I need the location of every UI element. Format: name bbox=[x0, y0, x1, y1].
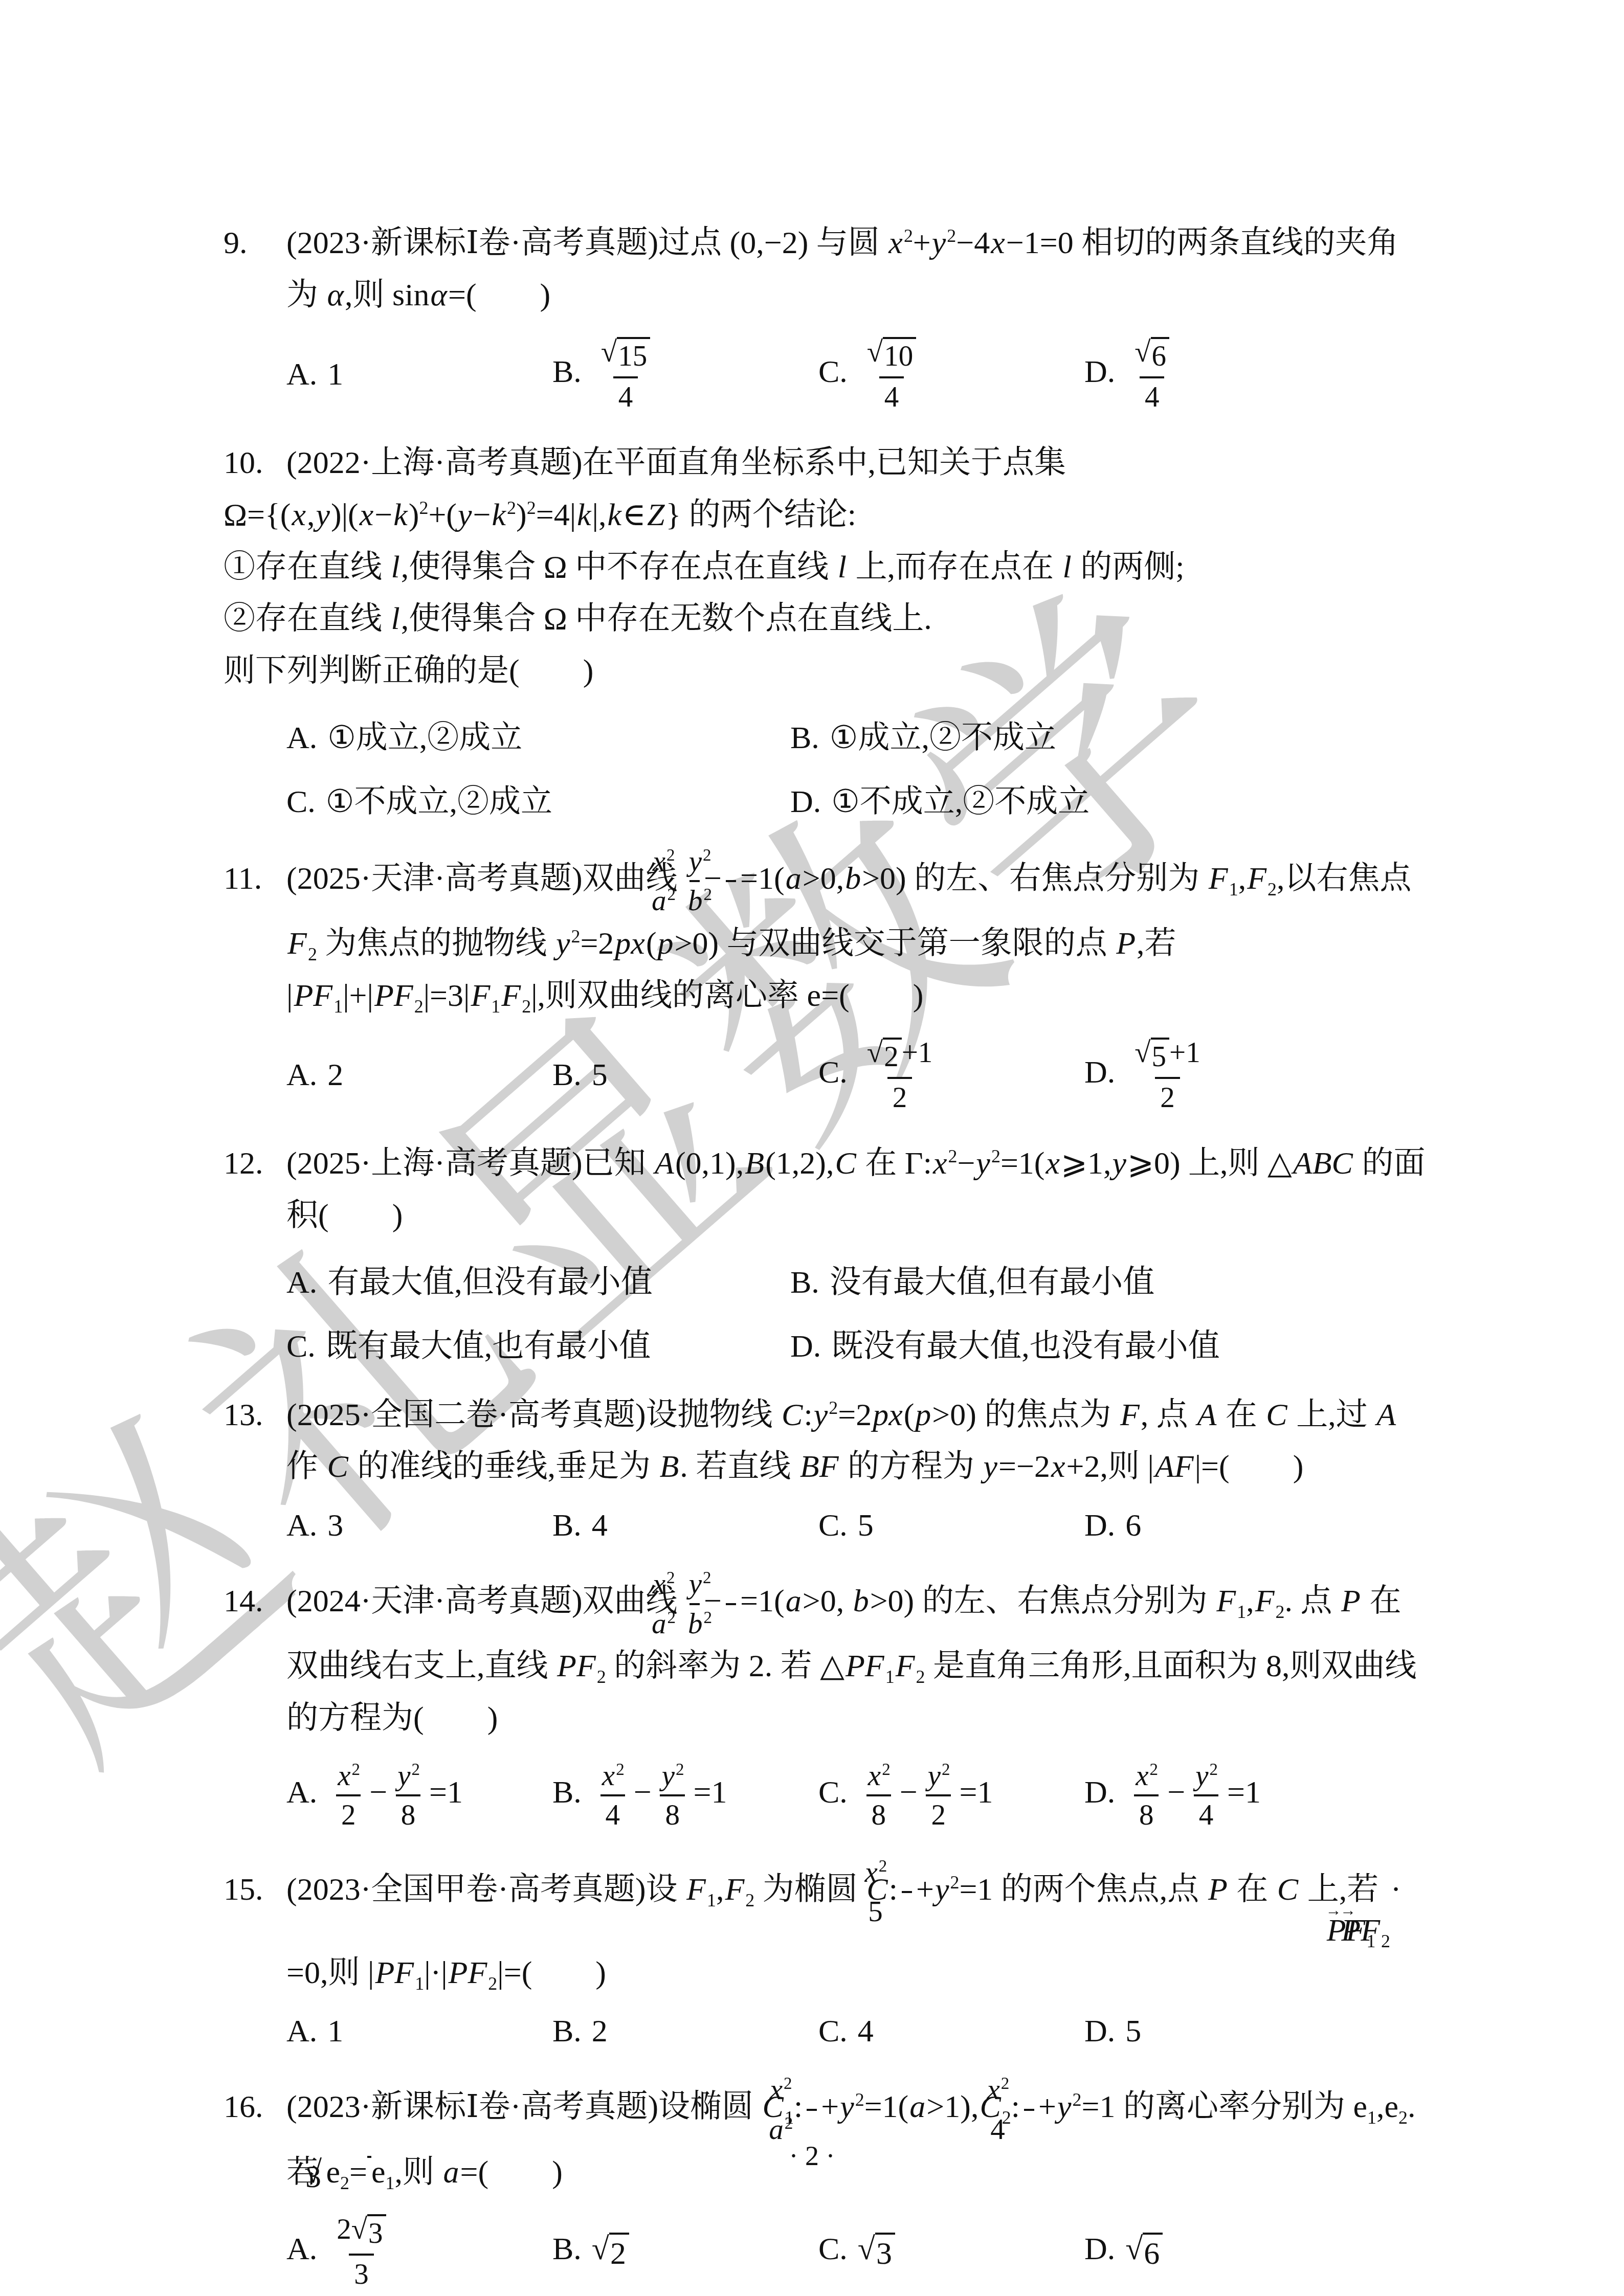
radicand: 10 bbox=[883, 337, 916, 374]
math-variable: y bbox=[457, 498, 473, 532]
math-variable: y bbox=[931, 226, 947, 260]
math-variable: F bbox=[685, 1872, 707, 1907]
math-subscript: 1 bbox=[1229, 879, 1238, 899]
question-number: 9. bbox=[224, 217, 286, 269]
fraction-numerator: x2 bbox=[596, 1759, 630, 1795]
option-label: C. bbox=[818, 1775, 848, 1810]
question-line: 13.(2025·全国二卷·高考真题)设抛物线 C:y2=2px(p>0) 的焦… bbox=[224, 1389, 1430, 1493]
option-content: √104 bbox=[858, 354, 925, 389]
option-content: 5 bbox=[858, 1508, 874, 1543]
math-fraction: x25 bbox=[902, 1856, 912, 1929]
math-superscript: 2 bbox=[1072, 2090, 1081, 2110]
math-subscript: 1 bbox=[386, 2173, 395, 2193]
math-fraction: √5+12 bbox=[1129, 1036, 1206, 1114]
fraction-denominator: 4 bbox=[600, 1794, 626, 1832]
math-variable: k bbox=[576, 498, 592, 532]
option-label: B. bbox=[552, 2232, 582, 2266]
fraction-denominator: b2 bbox=[726, 1603, 736, 1641]
option-D: D.√64 bbox=[1084, 335, 1430, 414]
math-superscript: 2 bbox=[879, 1857, 887, 1876]
math-subscript: 1 bbox=[491, 996, 500, 1017]
option-content: ①不成立,②不成立 bbox=[831, 784, 1089, 819]
question-line: 16.(2023·新课标Ⅰ卷·高考真题)设椭圆 C1:x2a2+y2=1(a>1… bbox=[224, 2073, 1430, 2198]
math-superscript: 2 bbox=[1150, 1761, 1159, 1779]
math-superscript: 2 bbox=[947, 226, 956, 246]
math-variable: A bbox=[1196, 1398, 1217, 1432]
fraction-denominator: 2 bbox=[336, 1794, 361, 1832]
radical-sign: √ bbox=[592, 2233, 609, 2266]
math-superscript: 2 bbox=[507, 498, 516, 518]
math-variable: F bbox=[1246, 861, 1267, 896]
math-superscript: 2 bbox=[616, 1761, 625, 1779]
math-superscript: 2 bbox=[704, 1609, 713, 1627]
math-sqrt: √3 bbox=[351, 2214, 386, 2251]
option-label: D. bbox=[1084, 2014, 1115, 2049]
math-variable: x bbox=[769, 2074, 784, 2106]
math-variable: C bbox=[1276, 1872, 1299, 1907]
fraction-numerator: x2 bbox=[862, 1759, 896, 1795]
math-variable: BF bbox=[799, 1449, 840, 1484]
math-variable: PF bbox=[556, 1649, 597, 1683]
fraction-denominator: 8 bbox=[866, 1794, 892, 1832]
question-line: ①存在直线 l,使得集合 Ω 中不存在点在直线 l 上,而存在点在 l 的两侧; bbox=[224, 542, 1430, 594]
option-content: ①不成立,②成立 bbox=[326, 784, 552, 819]
question-12: 12.(2025·上海·高考真题)已知 A(0,1),B(1,2),C 在 Γ:… bbox=[224, 1138, 1430, 1365]
math-subscript: 1 bbox=[1237, 1602, 1246, 1622]
math-variable: x bbox=[601, 1760, 616, 1792]
math-superscript: 2 bbox=[352, 1761, 361, 1779]
option-label: B. bbox=[552, 1057, 582, 1092]
math-variable: y bbox=[661, 1760, 676, 1792]
math-variable: PF bbox=[293, 978, 333, 1013]
option-A: A.1 bbox=[286, 356, 552, 393]
question-line: 12.(2025·上海·高考真题)已知 A(0,1),B(1,2),C 在 Γ:… bbox=[224, 1138, 1430, 1242]
option-D: D.5 bbox=[1084, 2013, 1430, 2050]
fraction-numerator: √2+1 bbox=[862, 1036, 938, 1076]
option-content: 1 bbox=[327, 2014, 343, 2049]
math-variable: px bbox=[614, 926, 646, 961]
math-superscript: 2 bbox=[784, 2075, 792, 2093]
math-fraction: y2b2 bbox=[726, 845, 736, 918]
option-content: 2 bbox=[327, 1057, 343, 1092]
math-superscript: 2 bbox=[991, 1146, 1000, 1167]
math-superscript: 2 bbox=[855, 2090, 864, 2110]
fraction-numerator: y2 bbox=[656, 1759, 689, 1795]
math-fraction: x22 bbox=[331, 1759, 365, 1832]
question-number: 14. bbox=[224, 1575, 286, 1628]
math-fraction: x28 bbox=[1129, 1759, 1163, 1832]
question-line: Ω={(x,y)|(x−k)2+(y−k2)2=4|k|,k∈Z} 的两个结论: bbox=[224, 489, 1430, 542]
math-superscript: 2 bbox=[668, 886, 676, 904]
option-content: 5 bbox=[1125, 2014, 1141, 2049]
option-C: C.4 bbox=[818, 2013, 1084, 2050]
math-variable: px bbox=[872, 1398, 904, 1432]
option-content: x22−y28=1 bbox=[327, 1775, 463, 1810]
question-number: 10. bbox=[224, 437, 286, 489]
options-row: A.x22−y28=1B.x24−y28=1C.x28−y22=1D.x28−y… bbox=[286, 1759, 1430, 1832]
math-superscript: 2 bbox=[419, 498, 428, 518]
option-D: D.√5+12 bbox=[1084, 1036, 1430, 1114]
option-A: A.x22−y28=1 bbox=[286, 1759, 552, 1832]
math-variable: PF bbox=[448, 1955, 488, 1990]
fraction-denominator: 8 bbox=[396, 1794, 421, 1832]
math-variable: k bbox=[607, 498, 623, 532]
math-subscript: 2 bbox=[1398, 2108, 1408, 2128]
question-11: 11.(2025·天津·高考真题)双曲线 x2a2−y2b2=1(a>0,b>0… bbox=[224, 845, 1430, 1115]
math-variable: x bbox=[1045, 1146, 1061, 1181]
option-label: B. bbox=[552, 354, 582, 389]
math-sqrt: √2 bbox=[592, 2233, 629, 2272]
math-variable: p bbox=[914, 1398, 932, 1432]
option-label: D. bbox=[1084, 1775, 1115, 1810]
option-C: C.√3 bbox=[818, 2231, 1084, 2272]
fraction-denominator: 2 bbox=[887, 1077, 913, 1115]
math-subscript: 1 bbox=[333, 996, 343, 1017]
math-superscript: 2 bbox=[571, 926, 580, 947]
math-variable: α bbox=[429, 278, 448, 312]
math-variable: x bbox=[863, 1856, 878, 1888]
fraction-numerator: y2 bbox=[391, 1759, 425, 1795]
math-variable: y bbox=[1111, 1146, 1127, 1181]
math-variable: B bbox=[744, 1146, 765, 1181]
option-label: C. bbox=[286, 1329, 316, 1364]
math-subscript: 2 bbox=[745, 1890, 754, 1910]
fraction-numerator: 2√3 bbox=[331, 2213, 391, 2253]
fraction-numerator: x2 bbox=[1024, 2073, 1034, 2109]
math-variable: C bbox=[834, 1146, 857, 1181]
math-subscript: 2 bbox=[1381, 1931, 1390, 1951]
math-subscript: 2 bbox=[1267, 879, 1277, 899]
math-fraction: y2b2 bbox=[726, 1567, 736, 1640]
math-sqrt: √3 bbox=[858, 2233, 895, 2272]
math-variable: F bbox=[1215, 1584, 1237, 1618]
option-label: C. bbox=[818, 354, 848, 389]
option-label: D. bbox=[790, 1329, 821, 1364]
option-label: D. bbox=[1084, 2232, 1115, 2266]
math-variable: k bbox=[392, 498, 409, 532]
option-label: B. bbox=[552, 1508, 582, 1543]
option-content: 既没有最大值,也没有最小值 bbox=[831, 1329, 1220, 1364]
option-C: C.√2+12 bbox=[818, 1036, 1084, 1114]
math-variable: l bbox=[390, 550, 401, 584]
fraction-denominator: 4 bbox=[1194, 1794, 1219, 1832]
math-variable: AF bbox=[1154, 1449, 1195, 1484]
option-label: A. bbox=[286, 1775, 317, 1810]
option-B: B.①成立,②不成立 bbox=[790, 712, 1430, 757]
math-fraction: √104 bbox=[862, 335, 921, 414]
option-D: D.x28−y24=1 bbox=[1084, 1759, 1430, 1832]
question-line: 14.(2024·天津·高考真题)双曲线 x2a2−y2b2=1(a>0, b>… bbox=[224, 1567, 1430, 1745]
math-sqrt: √2 bbox=[867, 1038, 902, 1074]
math-sqrt: √10 bbox=[867, 337, 916, 374]
math-variable: x bbox=[986, 2074, 1001, 2106]
math-superscript: 2 bbox=[829, 1398, 838, 1418]
option-label: B. bbox=[552, 1775, 582, 1810]
option-content: x28−y24=1 bbox=[1125, 1775, 1261, 1810]
fraction-numerator: y2 bbox=[1189, 1759, 1223, 1795]
option-content: 有最大值,但没有最小值 bbox=[327, 1265, 653, 1300]
question-line: 则下列判断正确的是( ) bbox=[224, 645, 1430, 697]
radicand: 6 bbox=[1143, 2233, 1163, 2272]
math-sqrt: √6 bbox=[1125, 2233, 1163, 2272]
radicand: 2 bbox=[609, 2233, 629, 2272]
option-B: B.√154 bbox=[552, 335, 818, 414]
option-label: D. bbox=[1084, 1055, 1115, 1090]
math-variable: x bbox=[932, 1146, 948, 1181]
fraction-denominator: 8 bbox=[1134, 1794, 1159, 1832]
math-variable: y bbox=[839, 2089, 855, 2124]
math-variable: x bbox=[359, 498, 375, 532]
option-label: A. bbox=[286, 2232, 317, 2266]
question-number: 12. bbox=[224, 1138, 286, 1190]
option-content: 4 bbox=[592, 1508, 608, 1543]
option-content: 2√33 bbox=[327, 2232, 395, 2266]
option-B: B.没有最大值,但有最小值 bbox=[790, 1256, 1430, 1302]
radical-sign: √ bbox=[867, 1038, 883, 1068]
math-variable: F bbox=[724, 1872, 745, 1907]
math-variable: a bbox=[651, 885, 668, 917]
math-variable: y bbox=[555, 926, 571, 961]
option-A: A.2 bbox=[286, 1057, 552, 1093]
question-line: 10.(2022·上海·高考真题)在平面直角坐标系中,已知关于点集 bbox=[224, 437, 1430, 489]
math-variable: C bbox=[326, 1449, 349, 1484]
radical-sign: √ bbox=[351, 2214, 367, 2245]
math-variable: a bbox=[651, 1608, 668, 1640]
math-fraction: x24 bbox=[1024, 2073, 1034, 2146]
math-superscript: 2 bbox=[676, 1761, 684, 1779]
option-label: A. bbox=[286, 357, 317, 392]
math-variable: y bbox=[983, 1449, 999, 1484]
math-variable: C bbox=[781, 1398, 804, 1432]
math-subscript: 1 bbox=[707, 1890, 716, 1910]
math-fraction: y28 bbox=[391, 1759, 425, 1832]
math-subscript: 2 bbox=[414, 996, 424, 1017]
question-number: 11. bbox=[224, 853, 286, 905]
math-fraction: x28 bbox=[862, 1759, 896, 1832]
math-superscript: 2 bbox=[1001, 2075, 1010, 2093]
math-variable: a bbox=[908, 2089, 926, 2124]
math-variable: a bbox=[785, 861, 803, 896]
option-label: A. bbox=[286, 1265, 317, 1300]
option-A: A.2√33 bbox=[286, 2213, 552, 2291]
math-superscript: 2 bbox=[942, 1761, 950, 1779]
math-subscript: 1 bbox=[885, 1667, 895, 1687]
math-variable: Z bbox=[646, 498, 665, 532]
question-14: 14.(2024·天津·高考真题)双曲线 x2a2−y2b2=1(a>0, b>… bbox=[224, 1567, 1430, 1832]
question-line: ②存在直线 l,使得集合 Ω 中存在无数个点在直线上. bbox=[224, 593, 1430, 645]
radical-sign: √ bbox=[867, 337, 883, 368]
fraction-numerator: x2 bbox=[902, 1856, 912, 1892]
radicand: 6 bbox=[1151, 337, 1170, 374]
math-superscript: 2 bbox=[703, 846, 711, 865]
option-content: 没有最大值,但有最小值 bbox=[830, 1265, 1155, 1300]
question-number: 15. bbox=[224, 1864, 286, 1916]
math-superscript: 2 bbox=[411, 1761, 420, 1779]
question-line: 11.(2025·天津·高考真题)双曲线 x2a2−y2b2=1(a>0,b>0… bbox=[224, 845, 1430, 1022]
options-row: A.2√33B.√2C.√3D.√6 bbox=[286, 2213, 1430, 2291]
fraction-denominator: 8 bbox=[660, 1794, 685, 1832]
option-C: C.5 bbox=[818, 1507, 1084, 1544]
option-content: √2+12 bbox=[858, 1055, 942, 1090]
radical-sign: √ bbox=[1134, 337, 1150, 368]
math-fraction: x24 bbox=[596, 1759, 630, 1832]
exam-page: 赵礼显数学 9.(2023·新课标Ⅰ卷·高考真题)过点 (0,−2) 与圆 x2… bbox=[0, 0, 1624, 2296]
fraction-denominator: 3 bbox=[349, 2254, 374, 2291]
fraction-numerator: x2 bbox=[1129, 1759, 1163, 1795]
option-label: A. bbox=[286, 1508, 317, 1543]
math-superscript: 2 bbox=[527, 498, 536, 518]
options-row: A.3B.4C.5D.6 bbox=[286, 1507, 1430, 1544]
option-B: B.5 bbox=[552, 1057, 818, 1093]
option-content: 3 bbox=[327, 1508, 343, 1543]
fraction-numerator: √15 bbox=[596, 335, 655, 376]
fraction-numerator: √6 bbox=[1129, 335, 1174, 376]
math-variable: PF bbox=[844, 1649, 885, 1683]
math-variable: x bbox=[291, 498, 307, 532]
math-fraction: y22 bbox=[922, 1759, 955, 1832]
option-label: B. bbox=[790, 1265, 819, 1300]
option-content: 既有最大值,也有最小值 bbox=[326, 1329, 651, 1364]
fraction-denominator: 2 bbox=[926, 1794, 951, 1832]
option-D: D.6 bbox=[1084, 1507, 1430, 1544]
question-9: 9.(2023·新课标Ⅰ卷·高考真题)过点 (0,−2) 与圆 x2+y2−4x… bbox=[224, 217, 1430, 414]
math-fraction: y28 bbox=[656, 1759, 689, 1832]
option-A: A.①成立,②成立 bbox=[286, 712, 790, 757]
options-row: A.有最大值,但没有最小值B.没有最大值,但有最小值C.既有最大值,也有最小值D… bbox=[286, 1256, 1430, 1366]
math-variable: A bbox=[1375, 1398, 1397, 1432]
math-fraction: y24 bbox=[1189, 1759, 1223, 1832]
fraction-denominator: 2 bbox=[1155, 1077, 1180, 1115]
option-label: D. bbox=[1084, 354, 1115, 389]
radical-sign: √ bbox=[858, 2233, 875, 2266]
math-superscript: 2 bbox=[666, 846, 675, 865]
option-label: D. bbox=[1084, 1508, 1115, 1543]
math-subscript: 1 bbox=[415, 1973, 424, 1994]
option-content: √3 bbox=[858, 2232, 895, 2266]
question-number: 13. bbox=[224, 1389, 286, 1442]
math-variable: PF bbox=[373, 978, 414, 1013]
math-subscript: 2 bbox=[1276, 1602, 1285, 1622]
math-variable: PF bbox=[374, 1955, 415, 1990]
math-variable: k bbox=[491, 498, 507, 532]
option-content: √154 bbox=[592, 354, 659, 389]
math-variable: b bbox=[687, 885, 704, 917]
fraction-denominator: 4 bbox=[613, 376, 638, 414]
option-A: A.3 bbox=[286, 1507, 552, 1544]
option-label: A. bbox=[286, 721, 317, 755]
option-D: D.√6 bbox=[1084, 2231, 1430, 2272]
option-label: C. bbox=[286, 784, 316, 819]
math-variable: F bbox=[1254, 1584, 1276, 1618]
option-C: C.x28−y22=1 bbox=[818, 1759, 1084, 1832]
fraction-numerator: x2 bbox=[331, 1759, 365, 1795]
option-content: 2 bbox=[592, 2014, 608, 2049]
question-16: 16.(2023·新课标Ⅰ卷·高考真题)设椭圆 C1:x2a2+y2=1(a>1… bbox=[224, 2073, 1430, 2291]
option-content: √64 bbox=[1125, 354, 1178, 389]
option-B: B.√2 bbox=[552, 2231, 818, 2272]
option-D: D.①不成立,②不成立 bbox=[790, 776, 1430, 821]
question-line: 9.(2023·新课标Ⅰ卷·高考真题)过点 (0,−2) 与圆 x2+y2−4x… bbox=[224, 217, 1430, 321]
option-content: x24−y28=1 bbox=[592, 1775, 727, 1810]
option-content: √2 bbox=[592, 2232, 629, 2266]
math-variable: y bbox=[1056, 2089, 1073, 2124]
math-variable: l bbox=[390, 601, 401, 636]
option-content: 1 bbox=[327, 357, 343, 392]
math-subscript: 2 bbox=[340, 2173, 349, 2193]
math-superscript: 2 bbox=[904, 226, 913, 246]
math-variable: y bbox=[934, 1872, 950, 1907]
options-row: A.2B.5C.√2+12D.√5+12 bbox=[286, 1036, 1430, 1114]
math-superscript: 2 bbox=[785, 2114, 793, 2133]
radical-sign: √ bbox=[1125, 2233, 1143, 2266]
math-superscript: 2 bbox=[666, 1569, 675, 1587]
math-variable: x bbox=[1050, 1449, 1066, 1484]
math-variable: y bbox=[688, 1568, 703, 1600]
math-fraction: √2+12 bbox=[862, 1036, 938, 1114]
option-content: 4 bbox=[858, 2014, 874, 2049]
option-label: C. bbox=[818, 1508, 848, 1543]
math-sqrt: √15 bbox=[601, 337, 650, 374]
math-variable: ABC bbox=[1292, 1146, 1354, 1181]
math-superscript: 2 bbox=[950, 1872, 959, 1893]
math-fraction: 2√33 bbox=[331, 2213, 391, 2291]
option-B: B.x24−y28=1 bbox=[552, 1759, 818, 1832]
math-superscript: 2 bbox=[882, 1761, 891, 1779]
question-13: 13.(2025·全国二卷·高考真题)设抛物线 C:y2=2px(p>0) 的焦… bbox=[224, 1389, 1430, 1544]
math-variable: A bbox=[654, 1146, 675, 1181]
math-subscript: 2 bbox=[916, 1667, 925, 1687]
math-variable: x bbox=[887, 226, 904, 260]
fraction-denominator: 5 bbox=[902, 1891, 912, 1929]
radicand: 2 bbox=[883, 1038, 902, 1074]
option-label: C. bbox=[818, 2014, 848, 2049]
option-content: √5+12 bbox=[1125, 1055, 1210, 1090]
math-variable: P bbox=[1207, 1872, 1229, 1907]
math-variable: y bbox=[315, 498, 331, 532]
options-row: A.①成立,②成立B.①成立,②不成立C.①不成立,②成立D.①不成立,②不成立 bbox=[286, 712, 1430, 821]
math-variable: x bbox=[867, 1760, 882, 1792]
option-B: B.4 bbox=[552, 1507, 818, 1544]
fraction-numerator: x2 bbox=[807, 2073, 817, 2109]
option-B: B.2 bbox=[552, 2013, 818, 2050]
math-variable: b bbox=[844, 861, 862, 896]
options-row: A.1B.√154C.√104D.√64 bbox=[286, 335, 1430, 414]
math-sqrt: √5 bbox=[1134, 1038, 1169, 1074]
question-15: 15.(2023·全国甲卷·高考真题)设 F1,F2 为椭圆 C:x25+y2=… bbox=[224, 1856, 1430, 2050]
question-line: 15.(2023·全国甲卷·高考真题)设 F1,F2 为椭圆 C:x25+y2=… bbox=[224, 1856, 1430, 1999]
math-variable: C bbox=[1265, 1398, 1288, 1432]
math-variable: F bbox=[1208, 861, 1229, 896]
math-variable: y bbox=[975, 1146, 991, 1181]
option-content: x28−y22=1 bbox=[858, 1775, 993, 1810]
math-variable: p bbox=[657, 926, 675, 961]
math-variable: x bbox=[990, 226, 1006, 260]
fraction-denominator: b2 bbox=[726, 880, 736, 918]
math-variable: x bbox=[652, 845, 666, 877]
math-variable: F bbox=[286, 926, 308, 961]
fraction-numerator: y2 bbox=[726, 845, 736, 881]
math-subscript: 2 bbox=[308, 944, 317, 964]
radical-sign: √ bbox=[601, 337, 617, 368]
fraction-numerator: y2 bbox=[922, 1759, 955, 1795]
option-D: D.既没有最大值,也没有最小值 bbox=[790, 1320, 1430, 1366]
questions-container: 9.(2023·新课标Ⅰ卷·高考真题)过点 (0,−2) 与圆 x2+y2−4x… bbox=[0, 0, 1624, 2291]
fraction-denominator: 4 bbox=[879, 376, 904, 414]
option-C: C.√104 bbox=[818, 335, 1084, 414]
options-row: A.1B.2C.4D.5 bbox=[286, 2013, 1430, 2050]
math-subscript: 2 bbox=[522, 996, 531, 1017]
math-variable: l bbox=[1062, 550, 1073, 584]
